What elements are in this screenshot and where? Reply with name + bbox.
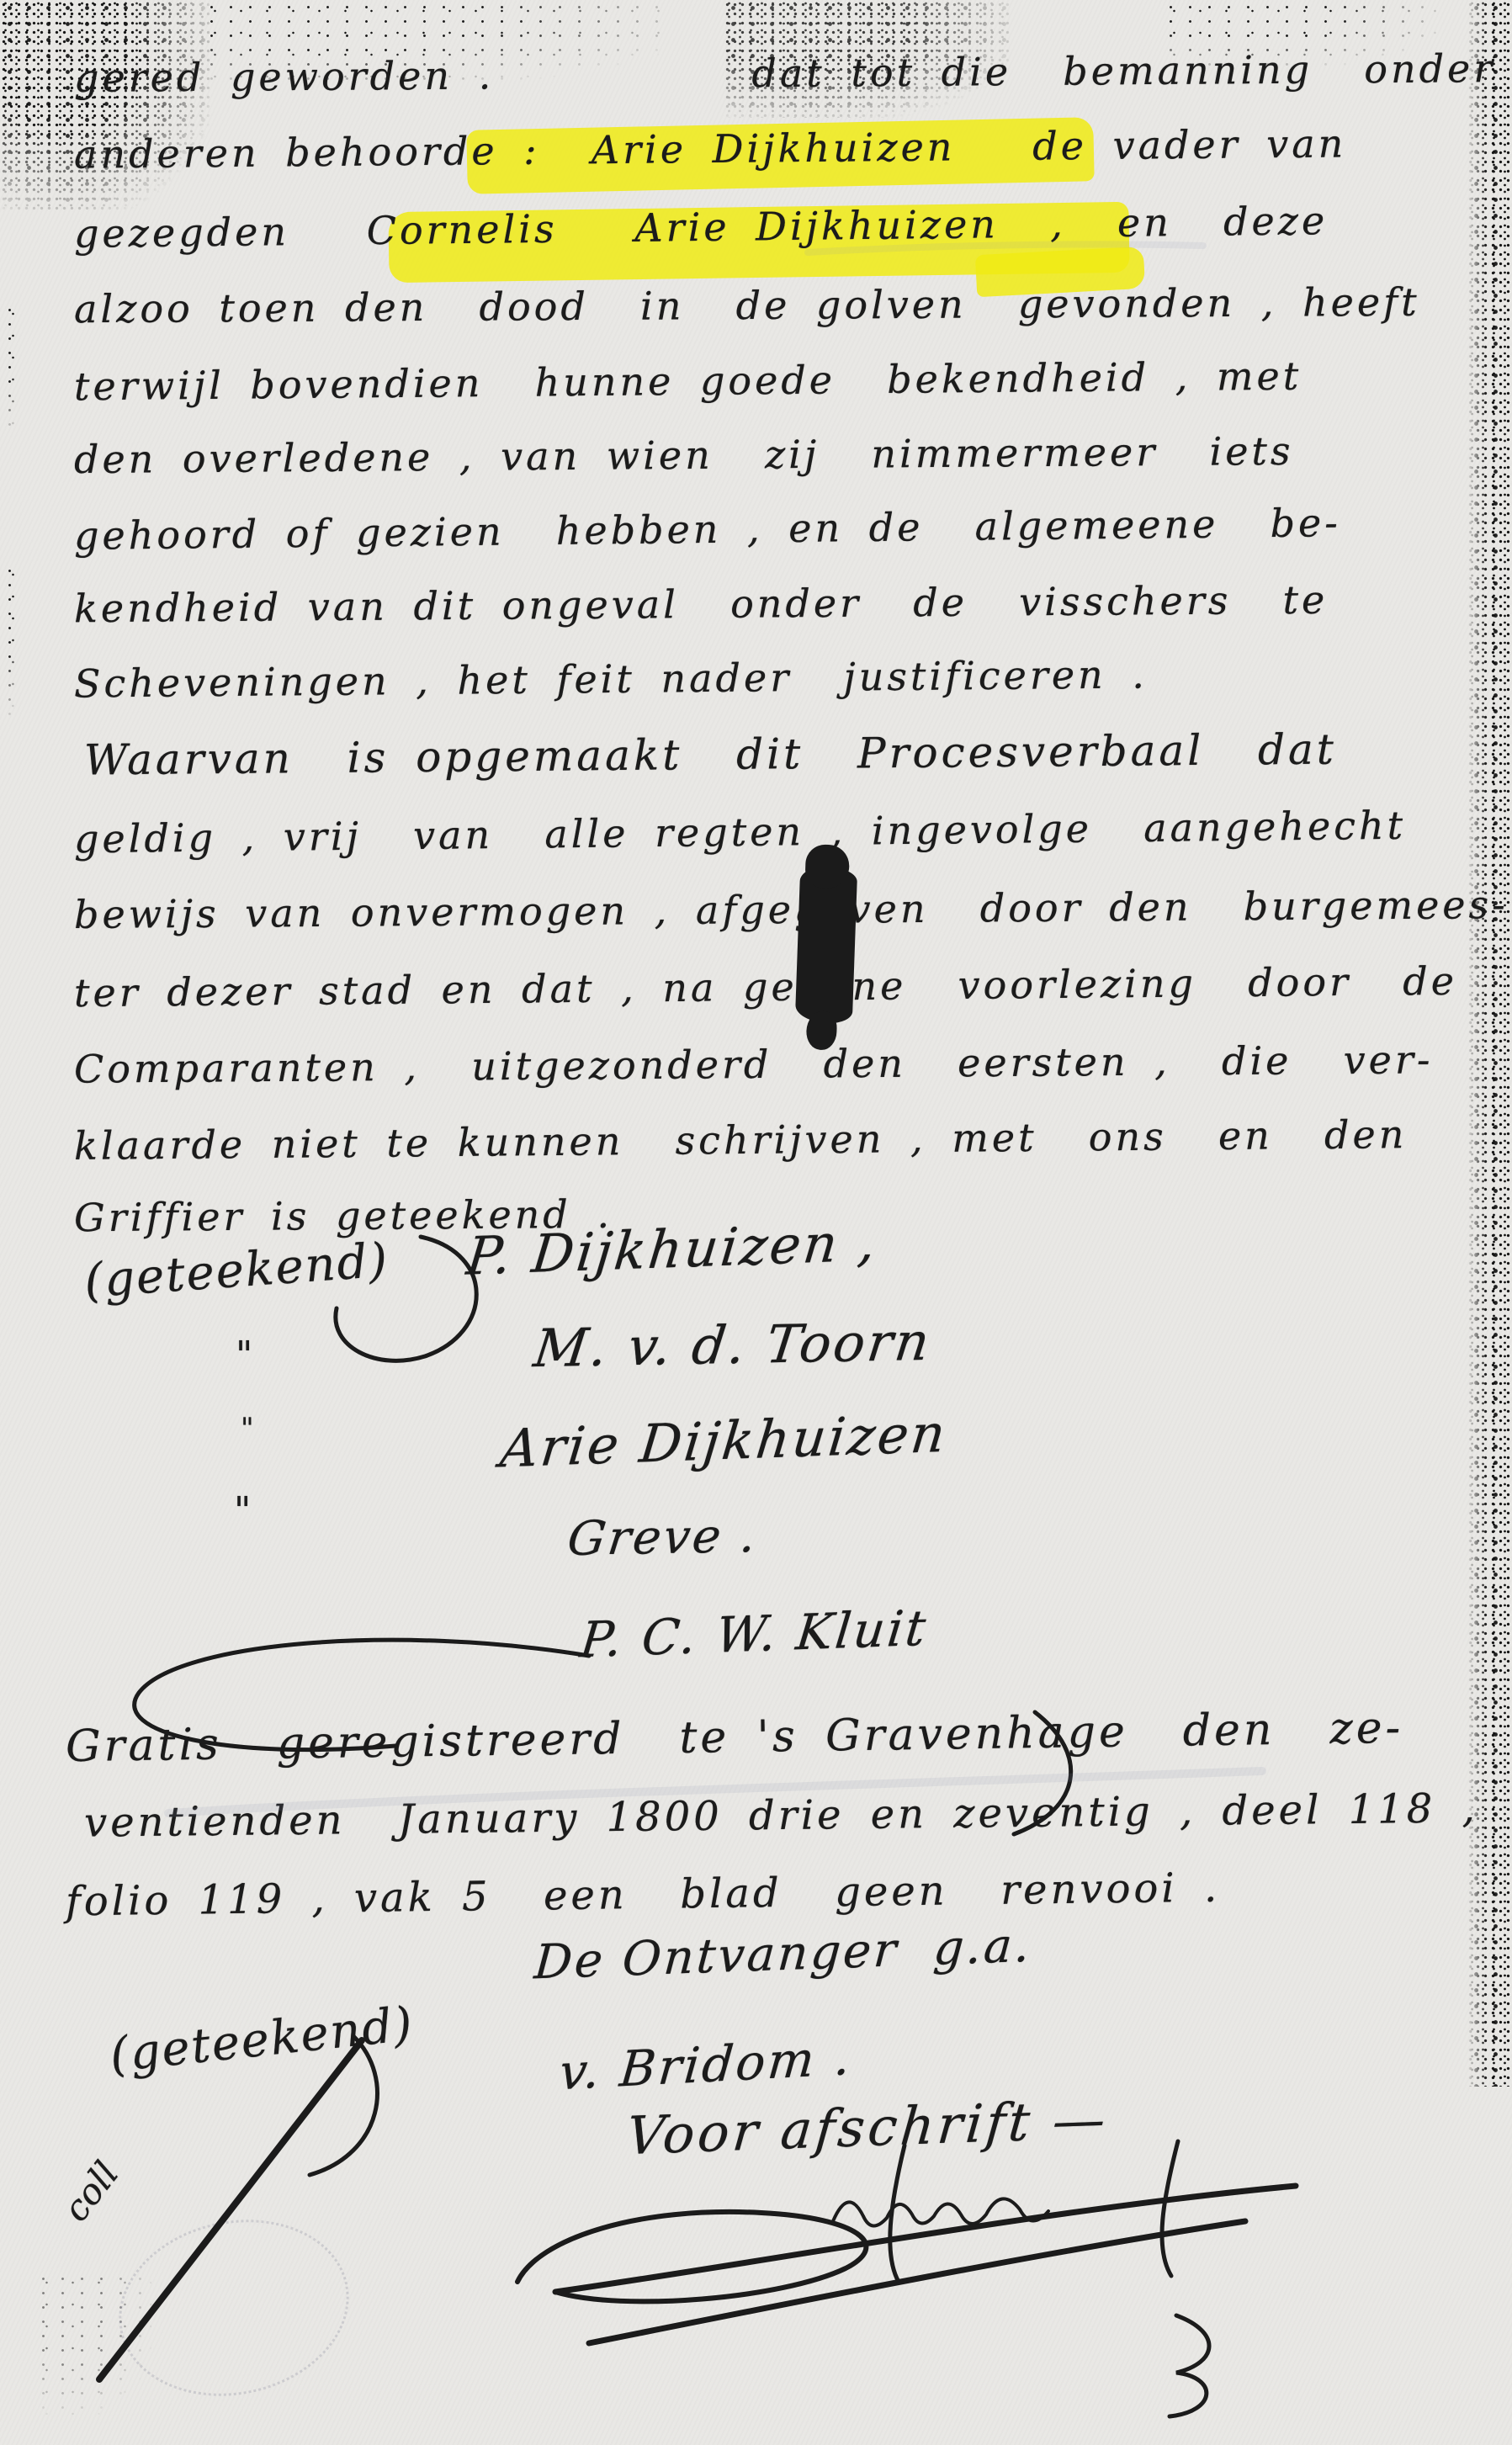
manuscript-line: kendheid van dit ongeval onder de vissch…	[74, 577, 1329, 631]
manuscript-line: den overledene , van wien zij nimmermeer…	[74, 428, 1294, 482]
manuscript-line: geldig , vrij van alle regten , ingevolg…	[74, 803, 1407, 862]
manuscript-line: anderen behoorde : Arie Dijkhuizen de va…	[74, 120, 1347, 177]
registration-line: folio 119 , vak 5 een blad geen renvooi …	[66, 1864, 1221, 1926]
manuscript-line: terwijl bovendien hunne goede bekendheid…	[74, 353, 1302, 410]
receiver-signature: v. Bridom .	[557, 2029, 855, 2102]
ink-blot	[795, 866, 857, 1024]
scanned-manuscript-page: { "colors": { "paper": "#e9e8e5", "ink":…	[0, 0, 1512, 2445]
manuscript-line: Scheveningen , het feit nader justificer…	[74, 651, 1148, 706]
signature: Greve .	[565, 1509, 761, 1567]
ditto-mark: "	[234, 1489, 251, 1532]
receiver-line: De Ontvanger g.a.	[533, 1918, 1034, 1991]
signature: Arie Dijkhuizen	[497, 1403, 950, 1480]
signature: M. v. d. Toorn	[531, 1311, 936, 1379]
manuscript-line: gehoord of gezien hebben , en de algemee…	[74, 500, 1341, 559]
ditto-mark: "	[241, 1412, 254, 1445]
manuscript-line: ter dezer stad en dat , na gedane voorle…	[74, 958, 1457, 1016]
manuscript-line: Comparanten , uitgezonderd den eersten ,…	[74, 1037, 1434, 1091]
manuscript-line: gezegden Cornelis Arie Dijkhuizen , en d…	[74, 198, 1329, 257]
ditto-mark: "	[236, 1334, 252, 1376]
manuscript-line: gered geworden . dat tot die bemanning o…	[74, 45, 1496, 101]
scan-edge-band	[1467, 0, 1512, 2087]
scan-noise-left-edge-1	[0, 303, 25, 429]
manuscript-line: Waarvan is opgemaakt dit Procesverbaal d…	[84, 725, 1337, 785]
signature: P. C. W. Kluit	[578, 1599, 931, 1669]
scan-noise-left-edge-2	[0, 564, 22, 715]
manuscript-line: alzoo toen den dood in de golven gevonde…	[74, 279, 1420, 331]
collation-mark: coll	[55, 2154, 126, 2230]
manuscript-line: bewijs van onvermogen , afgegeven door d…	[74, 882, 1509, 937]
signed-label: (geteekend)	[82, 1233, 390, 1308]
registration-line: ventienden January 1800 drie en zeventig…	[84, 1785, 1478, 1846]
signed-label: (geteekend)	[108, 1997, 416, 2083]
manuscript-line: klaarde niet te kunnen schrijven , met o…	[74, 1111, 1408, 1169]
certification-line: Voor afschrift —	[624, 2088, 1111, 2167]
faint-stamp	[103, 2199, 366, 2417]
registration-line: Gratis geregistreerd te 's Gravenhage de…	[66, 1703, 1404, 1772]
scan-noise-top-left	[0, 0, 210, 210]
